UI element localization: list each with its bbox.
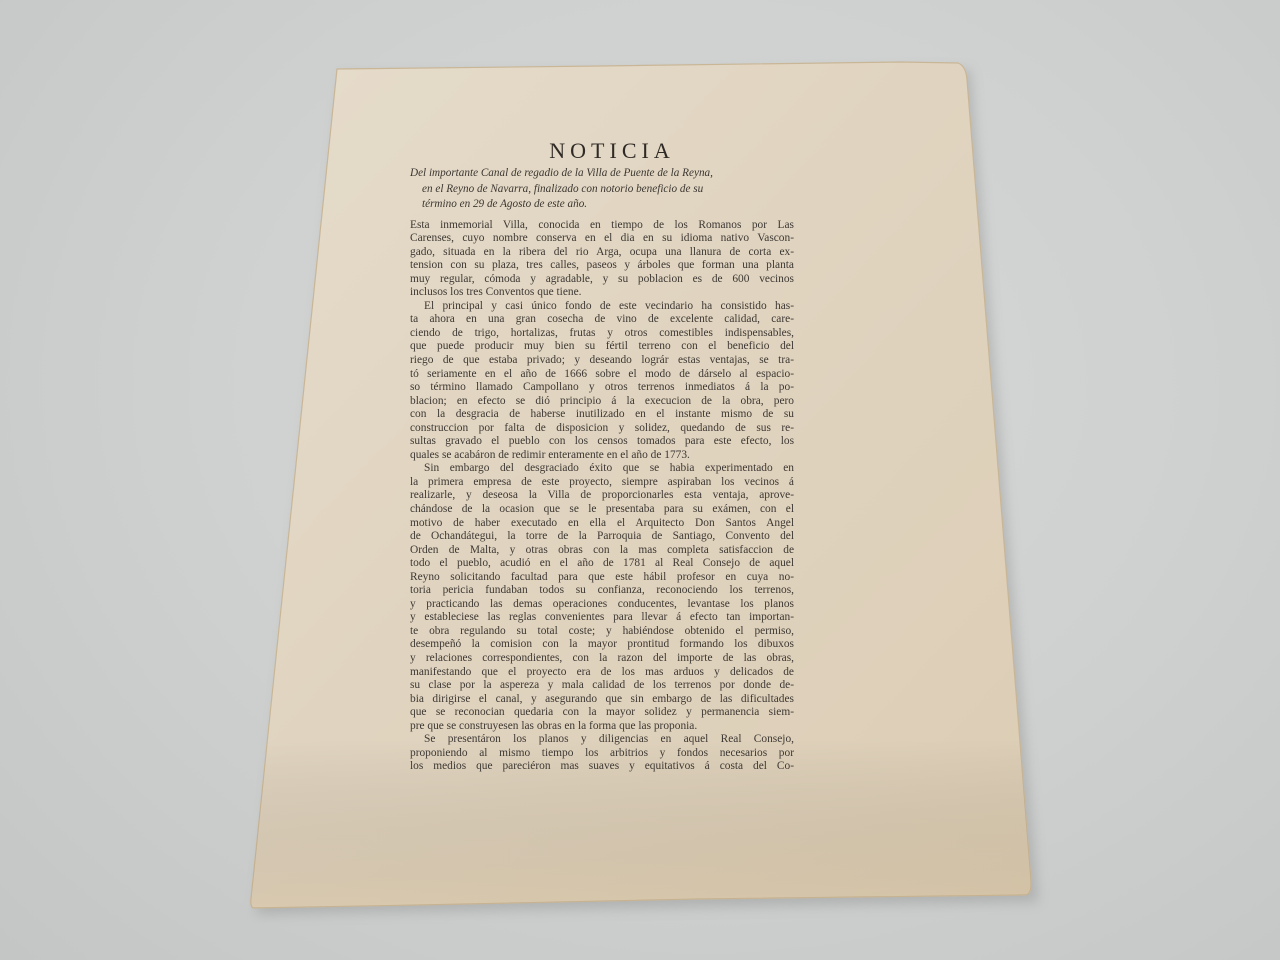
text-line: inclusos los tres Conventos que tiene. [410, 286, 794, 300]
text-line: proponiendo al mismo tiempo los arbitrio… [410, 747, 794, 761]
text-line: pre que se construyesen las obras en la … [410, 720, 794, 734]
text-line: tension con su plaza, tres calles, paseo… [410, 259, 794, 273]
text-line: construccion por falta de disposicion y … [410, 422, 794, 436]
text-line: motivo de haber executado en ella el Arq… [410, 517, 794, 531]
text-line: la primera empresa de este proyecto, sie… [410, 476, 794, 490]
text-line: Sin embargo del desgraciado éxito que se… [410, 462, 794, 476]
text-line: que se reconocian quedaria con la mayor … [410, 706, 794, 720]
text-line: de Ochandátegui, la torre de la Parroqui… [410, 530, 794, 544]
text-line: que puede producir muy bien su fértil te… [410, 340, 794, 354]
text-line: gado, situada en la ribera del rio Arga,… [410, 246, 794, 260]
subtitle-line: en el Reyno de Navarra, finalizado con n… [410, 182, 794, 198]
document-body: NOTICIA Del importante Canal de regadio … [410, 138, 794, 774]
text-line: sultas gravado el pueblo con los censos … [410, 435, 794, 449]
text-line: y relaciones correspondientes, con la ra… [410, 652, 794, 666]
photo-scene: NOTICIA Del importante Canal de regadio … [0, 0, 1280, 960]
text-line: muy regular, cómoda y agradable, y su po… [410, 273, 794, 287]
paragraph-4: Se presentáron los planos y diligencias … [410, 733, 794, 774]
text-line: Carenses, cuyo nombre conserva en el dia… [410, 232, 794, 246]
text-line: todo el pueblo, acudió en el año de 1781… [410, 557, 794, 571]
text-line: bia dirigirse el canal, y asegurando que… [410, 693, 794, 707]
paragraph-2: El principal y casi único fondo de este … [410, 300, 794, 463]
text-line: El principal y casi único fondo de este … [410, 300, 794, 314]
subtitle-line: Del importante Canal de regadio de la Vi… [410, 166, 794, 182]
text-line: los medios que pareciéron mas suaves y e… [410, 760, 794, 774]
text-line: ta ahora en una gran cosecha de vino de … [410, 313, 794, 327]
text-line: so término llamado Campollano y otros te… [410, 381, 794, 395]
subtitle-line: término en 29 de Agosto de este año. [410, 197, 794, 213]
text-line: Esta inmemorial Villa, conocida en tiemp… [410, 219, 794, 233]
text-line: Orden de Malta, y otras obras con la mas… [410, 544, 794, 558]
text-line: riego de que estaba privado; y deseando … [410, 354, 794, 368]
text-line: chándose de la ocasion que se le present… [410, 503, 794, 517]
text-line: blacion; en efecto se dió principio á la… [410, 395, 794, 409]
text-line: Reyno solicitando facultad para que este… [410, 571, 794, 585]
document-title: NOTICIA [430, 138, 794, 164]
text-line: realizarle, y deseosa la Villa de propor… [410, 489, 794, 503]
text-line: manifestando que el proyecto era de los … [410, 666, 794, 680]
text-line: desempeñó la comision con la mayor pront… [410, 638, 794, 652]
text-line: su clase por la aspereza y mala calidad … [410, 679, 794, 693]
paragraph-1: Esta inmemorial Villa, conocida en tiemp… [410, 219, 794, 300]
text-line: y practicando las demas operaciones cond… [410, 598, 794, 612]
text-line: Se presentáron los planos y diligencias … [410, 733, 794, 747]
text-line: y estableciese las reglas convenientes p… [410, 611, 794, 625]
text-line: toria pericia fundaban todos su confianz… [410, 584, 794, 598]
text-line: te obra regulando su total coste; y habi… [410, 625, 794, 639]
text-line: tó seriamente en el año de 1666 sobre el… [410, 368, 794, 382]
text-line: quales se acabáron de redimir enterament… [410, 449, 794, 463]
text-line: con la desgracia de haberse inutilizado … [410, 408, 794, 422]
document-subtitle: Del importante Canal de regadio de la Vi… [410, 166, 794, 213]
paragraph-3: Sin embargo del desgraciado éxito que se… [410, 462, 794, 733]
text-line: ciendo de trigo, hortalizas, frutas y ot… [410, 327, 794, 341]
